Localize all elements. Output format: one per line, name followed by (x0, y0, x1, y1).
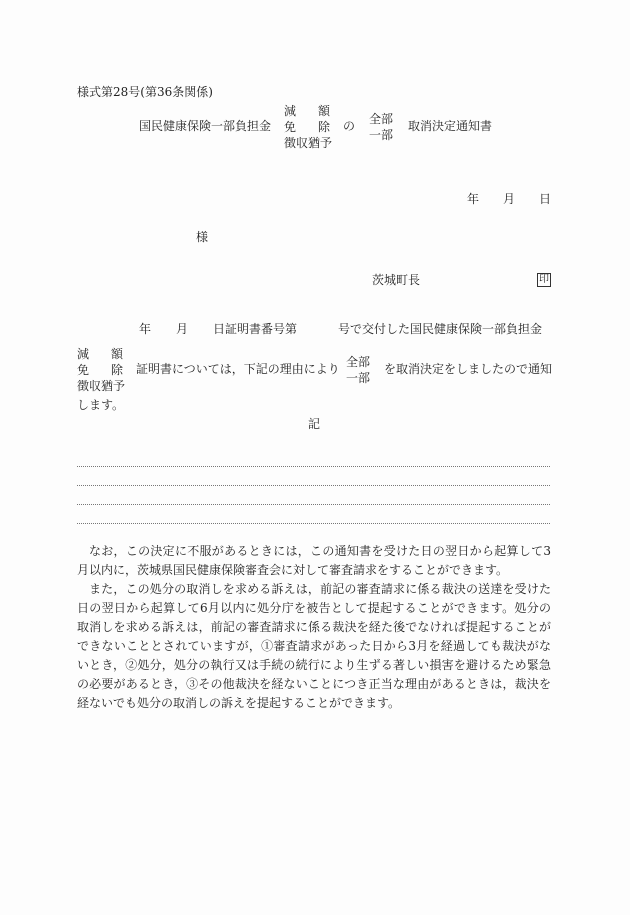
seal-stamp: 印 (537, 273, 551, 287)
body-reason-text: 証明書については，下記の理由により (136, 363, 340, 375)
title-suffix: 取消決定通知書 (408, 120, 492, 132)
body-options-scope: 全部 一部 (346, 354, 370, 386)
body-decision-text: を取消決定をしましたので通知 (384, 363, 552, 375)
date-month-label: 月 (503, 193, 515, 205)
notice-paragraph-1: なお，この決定に不服があるときには，この通知書を受けた日の翌日から起算して3月以… (77, 542, 551, 580)
option-gen: 減 (284, 103, 296, 119)
body-option-choshu-yuyo: 徴収猶予 (77, 378, 125, 394)
title-particle: の (343, 120, 355, 132)
body-month-label: 月 (176, 323, 188, 335)
reason-line-3[interactable] (77, 504, 550, 505)
option-gaku: 額 (318, 103, 330, 119)
notice-paragraph-2: また，この処分の取消しを求める訴えは，前記の審査請求に係る裁決の送達を受けた日の… (77, 580, 551, 713)
body-year-label: 年 (139, 323, 151, 335)
date-day-label: 日 (539, 193, 551, 205)
appeal-notice: なお，この決定に不服があるときには，この通知書を受けた日の翌日から起算して3月以… (77, 542, 551, 713)
title-options-type: 減 額 免 除 徴収猶予 (284, 103, 332, 151)
sender-name: 茨城町長 (372, 274, 420, 286)
option-choshu-yuyo: 徴収猶予 (284, 135, 332, 151)
title-prefix: 国民健康保険一部負担金 (139, 120, 271, 132)
addressee-honorific: 様 (196, 231, 208, 243)
body-option-jo: 除 (111, 362, 123, 378)
body-option-zenbu: 全部 (346, 354, 370, 370)
reason-line-4[interactable] (77, 523, 550, 524)
option-zenbu: 全部 (369, 111, 393, 127)
body-option-men: 免 (77, 362, 89, 378)
reason-line-1[interactable] (77, 466, 550, 467)
body-option-gen: 減 (77, 346, 89, 362)
body-option-gaku: 額 (111, 346, 123, 362)
option-jo: 除 (318, 119, 330, 135)
title-options-scope: 全部 一部 (369, 111, 393, 143)
date-year-label: 年 (467, 193, 479, 205)
body-options-type: 減 額 免 除 徴収猶予 (77, 346, 125, 394)
body-option-ichibu: 一部 (346, 370, 370, 386)
ki-heading: 記 (308, 418, 320, 430)
reason-line-2[interactable] (77, 485, 550, 486)
body-cert-issued-text: 号で交付した国民健康保険一部負担金 (338, 323, 542, 335)
body-cert-number-prefix: 日証明書番号第 (213, 323, 297, 335)
body-line-3: します。 (77, 399, 124, 411)
option-men: 免 (284, 119, 296, 135)
form-number: 様式第28号(第36条関係) (77, 86, 213, 98)
option-ichibu: 一部 (369, 127, 393, 143)
